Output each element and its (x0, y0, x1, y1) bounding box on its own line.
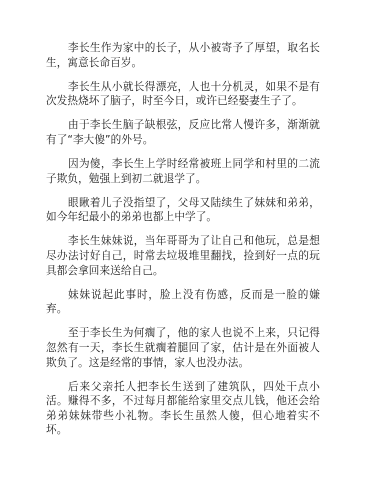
paragraph-4: 因为傻，李长生上学时经常被班上同学和村里的二流子欺负，勉强上到初二就退学了。 (46, 157, 320, 186)
paragraph-1: 李长生作为家中的长子，从小被寄予了厚望，取名长生，寓意长命百岁。 (46, 41, 320, 70)
paragraph-5: 眼瞅着儿子没指望了，父母又陆续生了妹妹和弟弟，如今年纪最小的弟弟也都上中学了。 (46, 196, 320, 225)
paragraph-3: 由于李长生脑子缺根弦，反应比常人慢许多，渐渐就有了“李大傻”的外号。 (46, 118, 320, 147)
document-page: 李长生作为家中的长子，从小被寄予了厚望，取名长生，寓意长命百岁。 李长生从小就长… (46, 41, 320, 448)
paragraph-2: 李长生从小就长得漂亮，人也十分机灵，如果不是有次发热烧坏了脑子，时至今日，或许已… (46, 80, 320, 109)
paragraph-9: 后来父亲托人把李长生送到了建筑队，四处干点小活。赚得不多，不过每月都能给家里交点… (46, 380, 320, 438)
paragraph-7: 妹妹说起此事时，脸上没有伤感，反而是一脸的嫌弃。 (46, 288, 320, 317)
paragraph-8: 至于李长生为何瘸了，他的家人也说不上来，只记得忽然有一天，李长生就瘸着腿回了家，… (46, 326, 320, 370)
paragraph-6: 李长生妹妹说，当年哥哥为了让自己和他玩，总是想尽办法讨好自己，时常去垃圾堆里翻找… (46, 234, 320, 278)
